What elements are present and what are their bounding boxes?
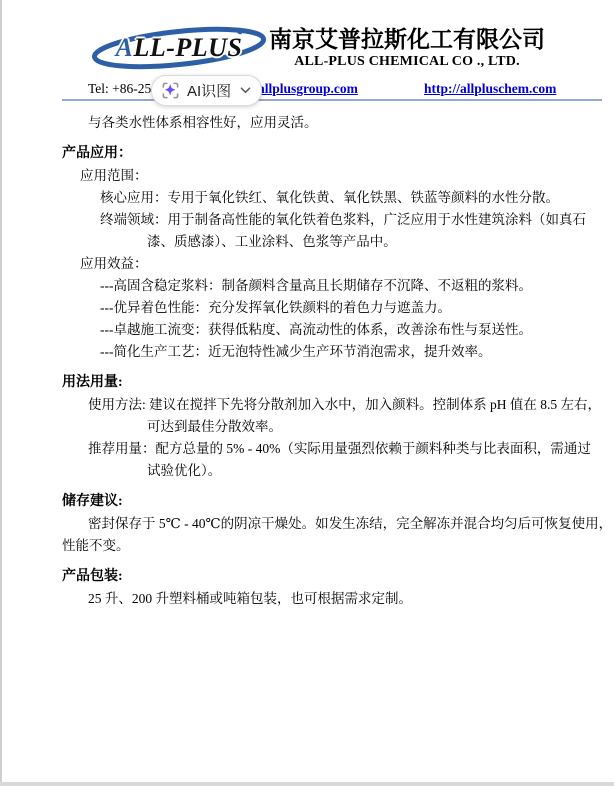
page-bottom-edge xyxy=(0,782,614,786)
company-name-cn: 南京艾普拉斯化工有限公司 xyxy=(252,27,562,53)
body-line-benefit-4: ---简化生产工艺：近无泡特性减少生产环节消泡需求，提升效率。 xyxy=(0,341,614,363)
body-line-dosage-wrap: 试验优化）。 xyxy=(0,460,614,482)
header-divider xyxy=(62,99,602,101)
section-heading-packaging: 产品包装: xyxy=(0,566,614,588)
body-line-benefit-1: ---高固含稳定浆料：制备颜料含量高且长期储存不沉降、不返粗的浆料。 xyxy=(0,275,614,297)
body-line-usage-method: 使用方法: 建议在搅拌下先将分散剂加入水中，加入颜料。控制体系 pH 值在 8.… xyxy=(0,394,614,416)
body-line-dosage: 推荐用量：配方总量的 5% - 40%（实际用量强烈依赖于颜料种类与比表面积，需… xyxy=(0,438,614,460)
letterhead: ALL-PLUS 南京艾普拉斯化工有限公司 ALL-PLUS CHEMICAL … xyxy=(0,0,614,110)
allpluschem-link[interactable]: http://allpluschem.com xyxy=(424,81,556,97)
chevron-down-icon[interactable] xyxy=(238,87,251,94)
body-line-benefit-2: ---优异着色性能：充分发挥氧化铁颜料的着色力与遮盖力。 xyxy=(0,297,614,319)
ai-image-recognition-button[interactable]: AI识图 xyxy=(151,75,262,106)
section-heading-product-application: 产品应用： xyxy=(0,143,614,165)
body-line-usage-method-wrap: 可达到最佳分散效率。 xyxy=(0,416,614,438)
body-line-storage-wrap: 性能不变。 xyxy=(0,535,614,557)
section-heading-storage: 储存建议: xyxy=(0,491,614,513)
body-line-benefit-3: ---卓越施工流变：获得低粘度、高流动性的体系，改善涂布性与泵送性。 xyxy=(0,319,614,341)
body-line-end-use-wrap: 漆、质感漆）、工业涂料、色浆等产品中。 xyxy=(0,231,614,253)
body-line-end-use: 终端领域：用于制备高性能的氧化铁着色浆料，广泛应用于水性建筑涂料（如真石 xyxy=(0,209,614,231)
section-heading-usage: 用法用量: xyxy=(0,372,614,394)
sub-heading-application-scope: 应用范围： xyxy=(0,165,614,187)
body-line-core-application: 核心应用：专用于氧化铁红、氧化铁黄、氧化铁黑、铁蓝等颜料的水性分散。 xyxy=(0,187,614,209)
body-line-packaging: 25 升、200 升塑料桶或吨箱包装，也可根据需求定制。 xyxy=(0,588,614,610)
document-body: 与各类水性体系相容性好，应用灵活。 产品应用： 应用范围： 核心应用：专用于氧化… xyxy=(0,110,614,610)
sub-heading-application-benefits: 应用效益： xyxy=(0,253,614,275)
company-titles: 南京艾普拉斯化工有限公司 ALL-PLUS CHEMICAL CO ., LTD… xyxy=(252,27,562,70)
company-name-en: ALL-PLUS CHEMICAL CO ., LTD. xyxy=(252,53,562,70)
ai-button-label: AI识图 xyxy=(187,80,231,101)
ai-scan-sparkle-icon xyxy=(161,81,180,100)
body-line-storage: 密封保存于 5℃ - 40℃的阴凉干燥处。如发生冻结，完全解冻并混合均匀后可恢复… xyxy=(0,513,614,535)
all-plus-logo: ALL-PLUS xyxy=(90,25,268,73)
logo-letters-rest: LL-PLUS xyxy=(133,33,242,62)
logo-letter-a: A xyxy=(116,33,134,62)
logo-text: ALL-PLUS xyxy=(90,33,268,63)
intro-line: 与各类水性体系相容性好，应用灵活。 xyxy=(0,112,614,134)
document-page: ALL-PLUS 南京艾普拉斯化工有限公司 ALL-PLUS CHEMICAL … xyxy=(0,0,614,786)
